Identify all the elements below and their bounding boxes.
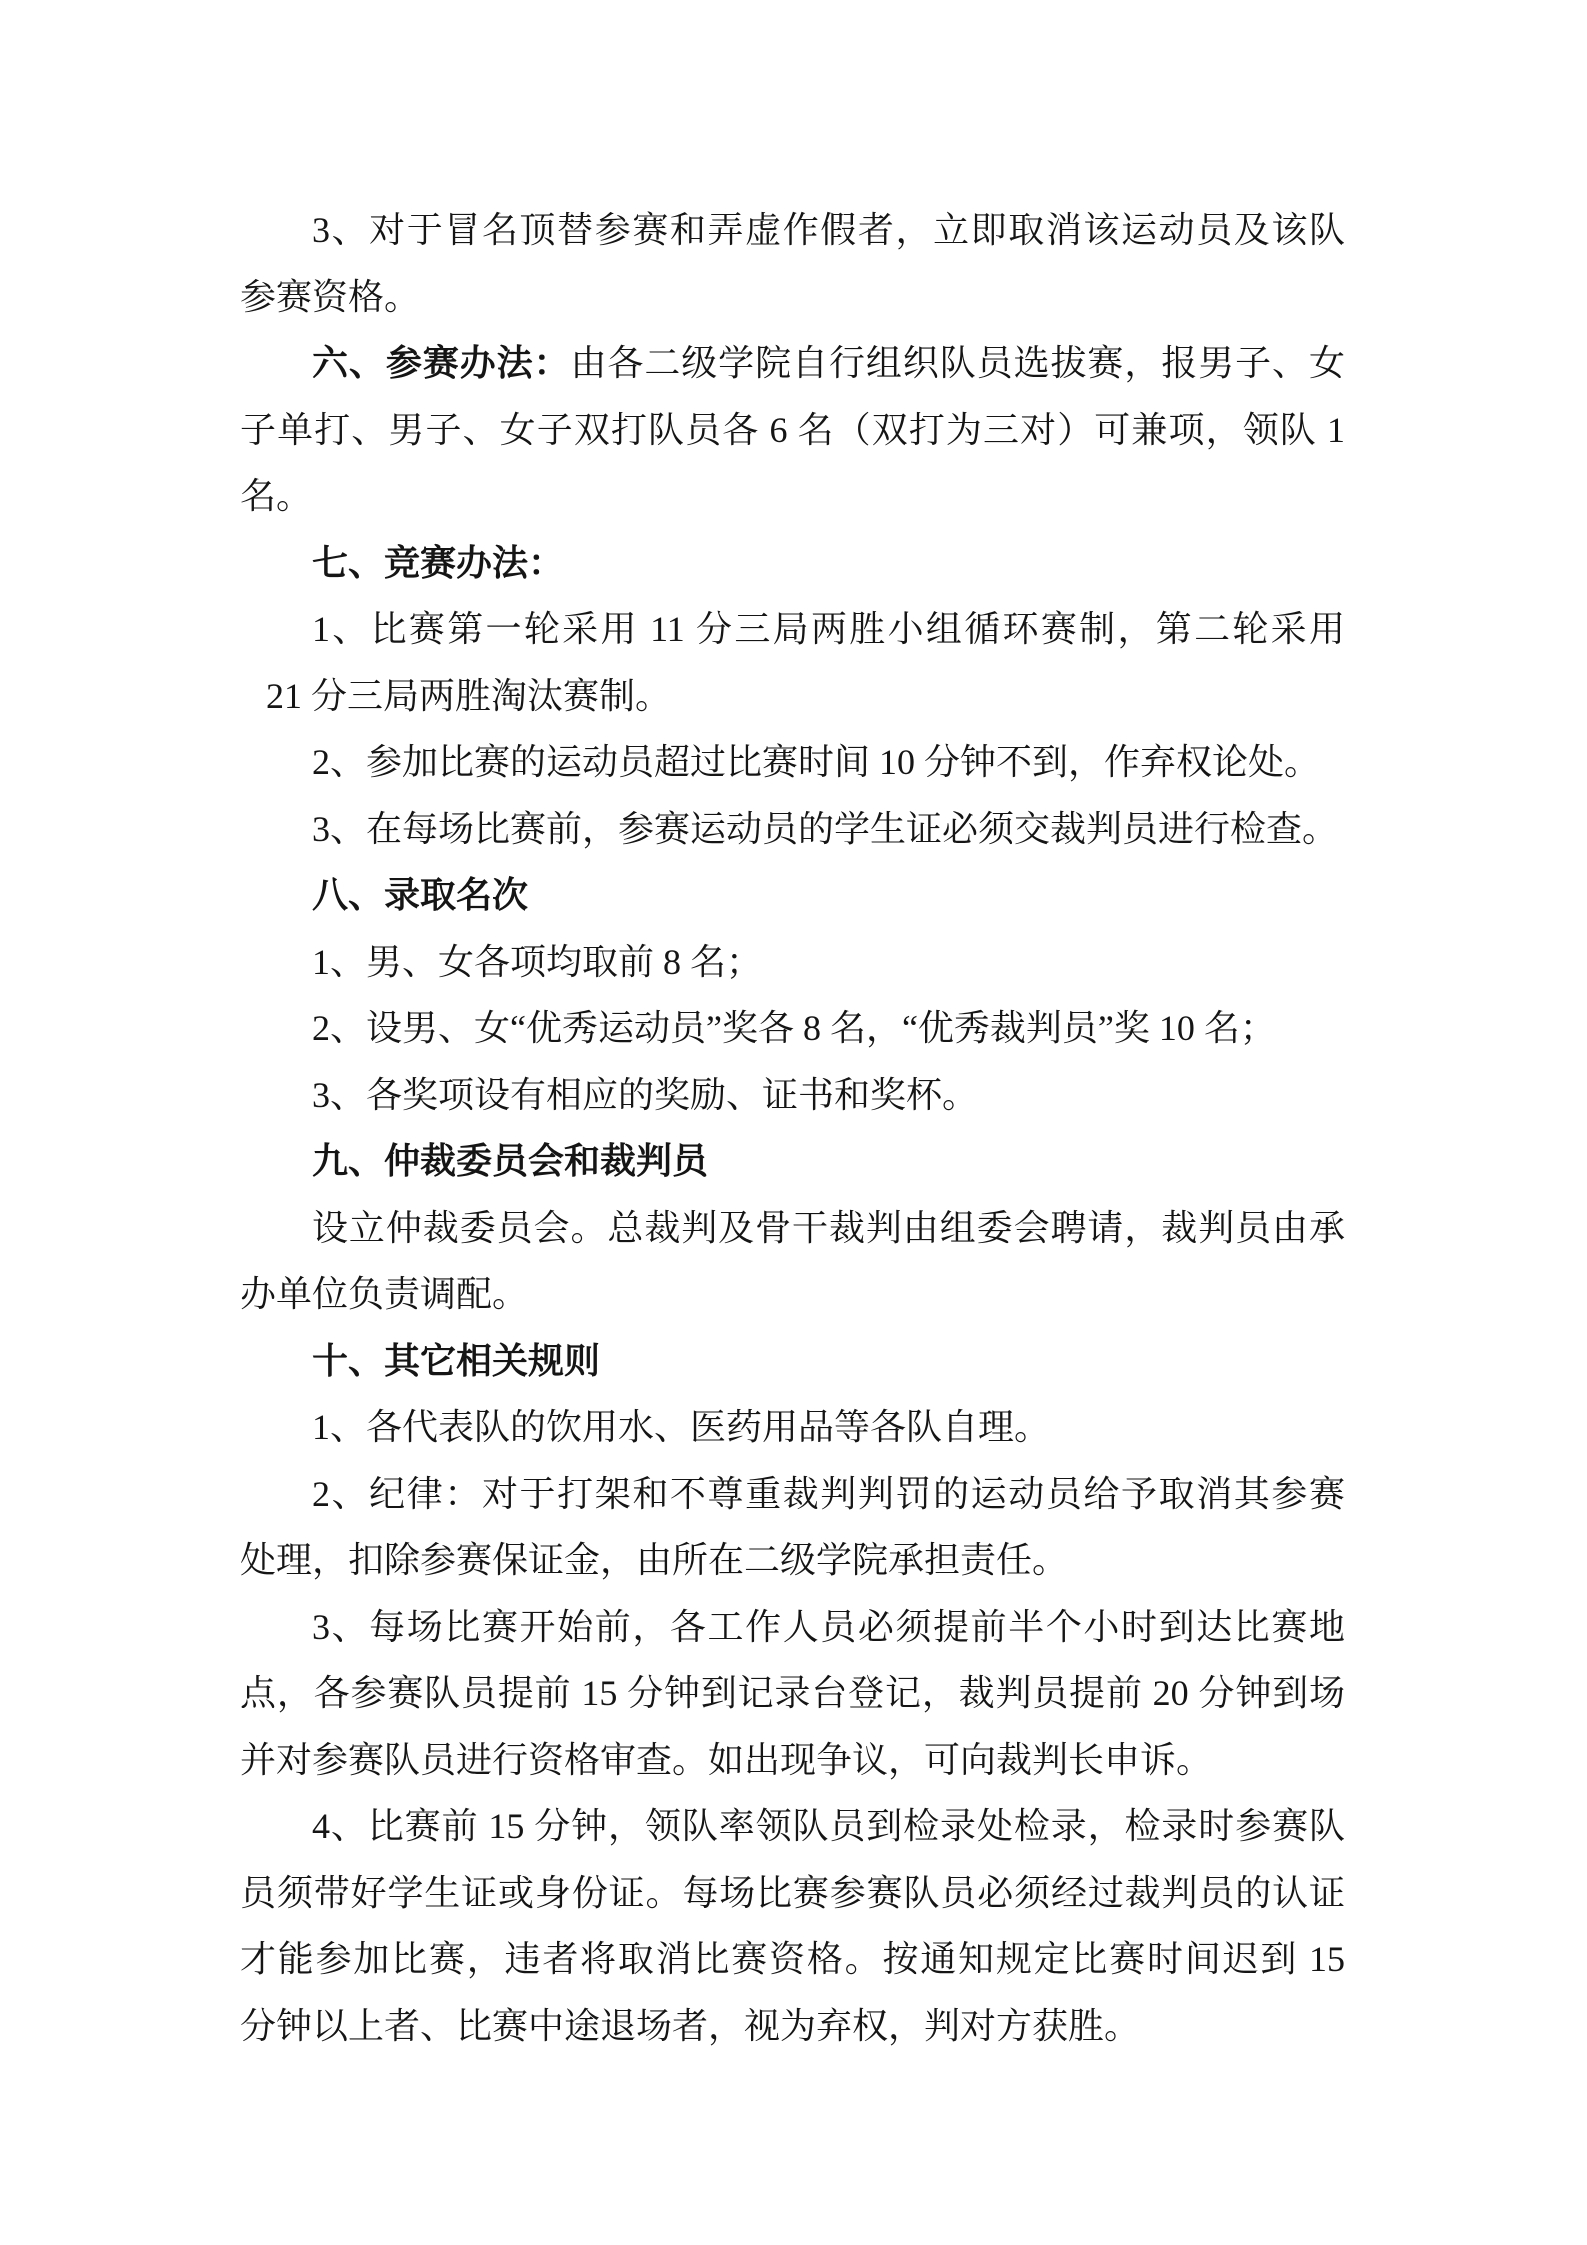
- doc-text-bold: 七、竞赛办法：: [312, 543, 564, 583]
- doc-text: 名。: [240, 476, 312, 516]
- doc-line-21: 处理，扣除参赛保证金，由所在二级学院承担责任。: [240, 1527, 1345, 1594]
- doc-line-16: 设立仲裁委员会。总裁判及骨干裁判由组委会聘请，裁判员由承: [240, 1195, 1345, 1262]
- doc-text: 分钟以上者、比赛中途退场者，视为弃权，判对方获胜。: [240, 2006, 1140, 2046]
- doc-text: 参赛资格。: [240, 277, 420, 317]
- doc-line-2: 参赛资格。: [240, 264, 1345, 331]
- doc-text-bold: 六、参赛办法：: [312, 343, 570, 383]
- doc-text: 21 分三局两胜淘汰赛制。: [266, 676, 671, 716]
- doc-line-15: 九、仲裁委员会和裁判员: [240, 1128, 1345, 1195]
- doc-text: 1、比赛第一轮采用 11 分三局两胜小组循环赛制，第二轮采用: [312, 609, 1345, 649]
- doc-line-10: 3、在每场比赛前，参赛运动员的学生证必须交裁判员进行检查。: [240, 796, 1345, 863]
- doc-line-1: 3、对于冒名顶替参赛和弄虚作假者，立即取消该运动员及该队: [240, 197, 1345, 264]
- doc-text: 才能参加比赛，违者将取消比赛资格。按通知规定比赛时间迟到 15: [240, 1939, 1345, 1979]
- doc-line-5: 名。: [240, 463, 1345, 530]
- doc-line-4: 子单打、男子、女子双打队员各 6 名（双打为三对）可兼项，领队 1: [240, 397, 1345, 464]
- doc-text: 并对参赛队员进行资格审查。如出现争议，可向裁判长申诉。: [240, 1740, 1212, 1780]
- doc-line-17: 办单位负责调配。: [240, 1261, 1345, 1328]
- doc-line-23: 点，各参赛队员提前 15 分钟到记录台登记，裁判员提前 20 分钟到场: [240, 1660, 1345, 1727]
- doc-line-18: 十、其它相关规则: [240, 1328, 1345, 1395]
- document-body: 3、对于冒名顶替参赛和弄虚作假者，立即取消该运动员及该队参赛资格。六、参赛办法：…: [240, 197, 1345, 2059]
- doc-text: 3、对于冒名顶替参赛和弄虚作假者，立即取消该运动员及该队: [312, 210, 1345, 250]
- doc-text: 4、比赛前 15 分钟，领队率领队员到检录处检录，检录时参赛队: [312, 1806, 1345, 1846]
- doc-text: 3、在每场比赛前，参赛运动员的学生证必须交裁判员进行检查。: [312, 809, 1338, 849]
- doc-line-28: 分钟以上者、比赛中途退场者，视为弃权，判对方获胜。: [240, 1993, 1345, 2060]
- doc-text: 2、参加比赛的运动员超过比赛时间 10 分钟不到，作弃权论处。: [312, 742, 1320, 782]
- doc-text: 2、设男、女“优秀运动员”奖各 8 名，“优秀裁判员”奖 10 名；: [312, 1008, 1276, 1048]
- doc-text: 子单打、男子、女子双打队员各 6 名（双打为三对）可兼项，领队 1: [240, 410, 1345, 450]
- doc-line-27: 才能参加比赛，违者将取消比赛资格。按通知规定比赛时间迟到 15: [240, 1926, 1345, 1993]
- doc-text: 设立仲裁委员会。总裁判及骨干裁判由组委会聘请，裁判员由承: [312, 1208, 1345, 1248]
- doc-text-bold: 九、仲裁委员会和裁判员: [312, 1141, 708, 1181]
- doc-line-9: 2、参加比赛的运动员超过比赛时间 10 分钟不到，作弃权论处。: [240, 729, 1345, 796]
- doc-line-22: 3、每场比赛开始前，各工作人员必须提前半个小时到达比赛地: [240, 1594, 1345, 1661]
- doc-line-20: 2、纪律：对于打架和不尊重裁判判罚的运动员给予取消其参赛: [240, 1461, 1345, 1528]
- doc-text: 1、各代表队的饮用水、医药用品等各队自理。: [312, 1407, 1050, 1447]
- doc-text: 点，各参赛队员提前 15 分钟到记录台登记，裁判员提前 20 分钟到场: [240, 1673, 1345, 1713]
- doc-text-bold: 八、录取名次: [312, 875, 528, 915]
- doc-line-13: 2、设男、女“优秀运动员”奖各 8 名，“优秀裁判员”奖 10 名；: [240, 995, 1345, 1062]
- doc-line-11: 八、录取名次: [240, 862, 1345, 929]
- doc-line-26: 员须带好学生证或身份证。每场比赛参赛队员必须经过裁判员的认证: [240, 1860, 1345, 1927]
- doc-text-bold: 十、其它相关规则: [312, 1341, 600, 1381]
- doc-text: 1、男、女各项均取前 8 名；: [312, 942, 762, 982]
- doc-line-25: 4、比赛前 15 分钟，领队率领队员到检录处检录，检录时参赛队: [240, 1793, 1345, 1860]
- doc-line-6: 七、竞赛办法：: [240, 530, 1345, 597]
- doc-line-8: 21 分三局两胜淘汰赛制。: [240, 663, 1345, 730]
- doc-line-3: 六、参赛办法：由各二级学院自行组织队员选拔赛，报男子、女: [240, 330, 1345, 397]
- doc-text: 处理，扣除参赛保证金，由所在二级学院承担责任。: [240, 1540, 1068, 1580]
- doc-text: 3、每场比赛开始前，各工作人员必须提前半个小时到达比赛地: [312, 1607, 1345, 1647]
- doc-text: 员须带好学生证或身份证。每场比赛参赛队员必须经过裁判员的认证: [240, 1873, 1345, 1913]
- doc-text: 2、纪律：对于打架和不尊重裁判判罚的运动员给予取消其参赛: [312, 1474, 1345, 1514]
- doc-text: 办单位负责调配。: [240, 1274, 528, 1314]
- doc-line-12: 1、男、女各项均取前 8 名；: [240, 929, 1345, 996]
- doc-line-14: 3、各奖项设有相应的奖励、证书和奖杯。: [240, 1062, 1345, 1129]
- doc-line-19: 1、各代表队的饮用水、医药用品等各队自理。: [240, 1394, 1345, 1461]
- doc-line-7: 1、比赛第一轮采用 11 分三局两胜小组循环赛制，第二轮采用: [240, 596, 1345, 663]
- doc-line-24: 并对参赛队员进行资格审查。如出现争议，可向裁判长申诉。: [240, 1727, 1345, 1794]
- document-page: 3、对于冒名顶替参赛和弄虚作假者，立即取消该运动员及该队参赛资格。六、参赛办法：…: [0, 0, 1587, 2245]
- doc-text: 由各二级学院自行组织队员选拔赛，报男子、女: [570, 343, 1345, 383]
- doc-text: 3、各奖项设有相应的奖励、证书和奖杯。: [312, 1075, 978, 1115]
